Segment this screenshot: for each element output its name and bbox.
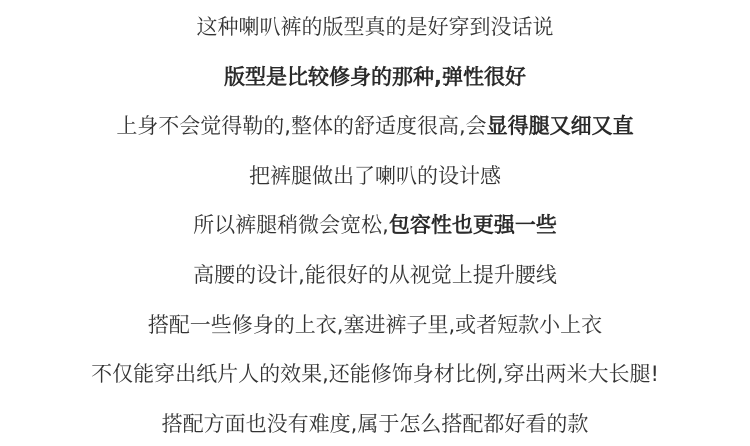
line-6-text: 高腰的设计,能很好的从视觉上提升腰线 xyxy=(193,263,557,287)
line-9-text: 搭配方面也没有难度,属于怎么搭配都好看的款 xyxy=(162,412,589,436)
text-line-9: 搭配方面也没有难度,属于怎么搭配都好看的款 xyxy=(0,400,750,446)
line-4-text: 把裤腿做出了喇叭的设计感 xyxy=(249,164,501,188)
text-line-2: 版型是比较修身的那种,弹性很好 xyxy=(0,53,750,103)
text-line-3: 上身不会觉得勒的,整体的舒适度很高,会显得腿又细又直 xyxy=(0,102,750,152)
line-3-bold-text: 显得腿又细又直 xyxy=(487,114,634,138)
article-body: 这种喇叭裤的版型真的是好穿到没话说 版型是比较修身的那种,弹性很好 上身不会觉得… xyxy=(0,0,750,446)
text-line-6: 高腰的设计,能很好的从视觉上提升腰线 xyxy=(0,251,750,301)
line-7-text: 搭配一些修身的上衣,塞进裤子里,或者短款小上衣 xyxy=(148,313,602,337)
text-line-1: 这种喇叭裤的版型真的是好穿到没话说 xyxy=(0,3,750,53)
line-5-text: 所以裤腿稍微会宽松, xyxy=(193,213,389,237)
text-line-8: 不仅能穿出纸片人的效果,还能修饰身材比例,穿出两米大长腿! xyxy=(0,350,750,400)
line-5-bold-text: 包容性也更强一些 xyxy=(389,213,557,237)
line-3-text: 上身不会觉得勒的,整体的舒适度很高,会 xyxy=(116,114,486,138)
text-line-7: 搭配一些修身的上衣,塞进裤子里,或者短款小上衣 xyxy=(0,301,750,351)
line-2-bold-text: 版型是比较修身的那种,弹性很好 xyxy=(224,65,526,89)
text-line-5: 所以裤腿稍微会宽松,包容性也更强一些 xyxy=(0,201,750,251)
line-1-text: 这种喇叭裤的版型真的是好穿到没话说 xyxy=(197,15,554,39)
text-line-4: 把裤腿做出了喇叭的设计感 xyxy=(0,152,750,202)
line-8-text: 不仅能穿出纸片人的效果,还能修饰身材比例,穿出两米大长腿! xyxy=(91,362,659,386)
